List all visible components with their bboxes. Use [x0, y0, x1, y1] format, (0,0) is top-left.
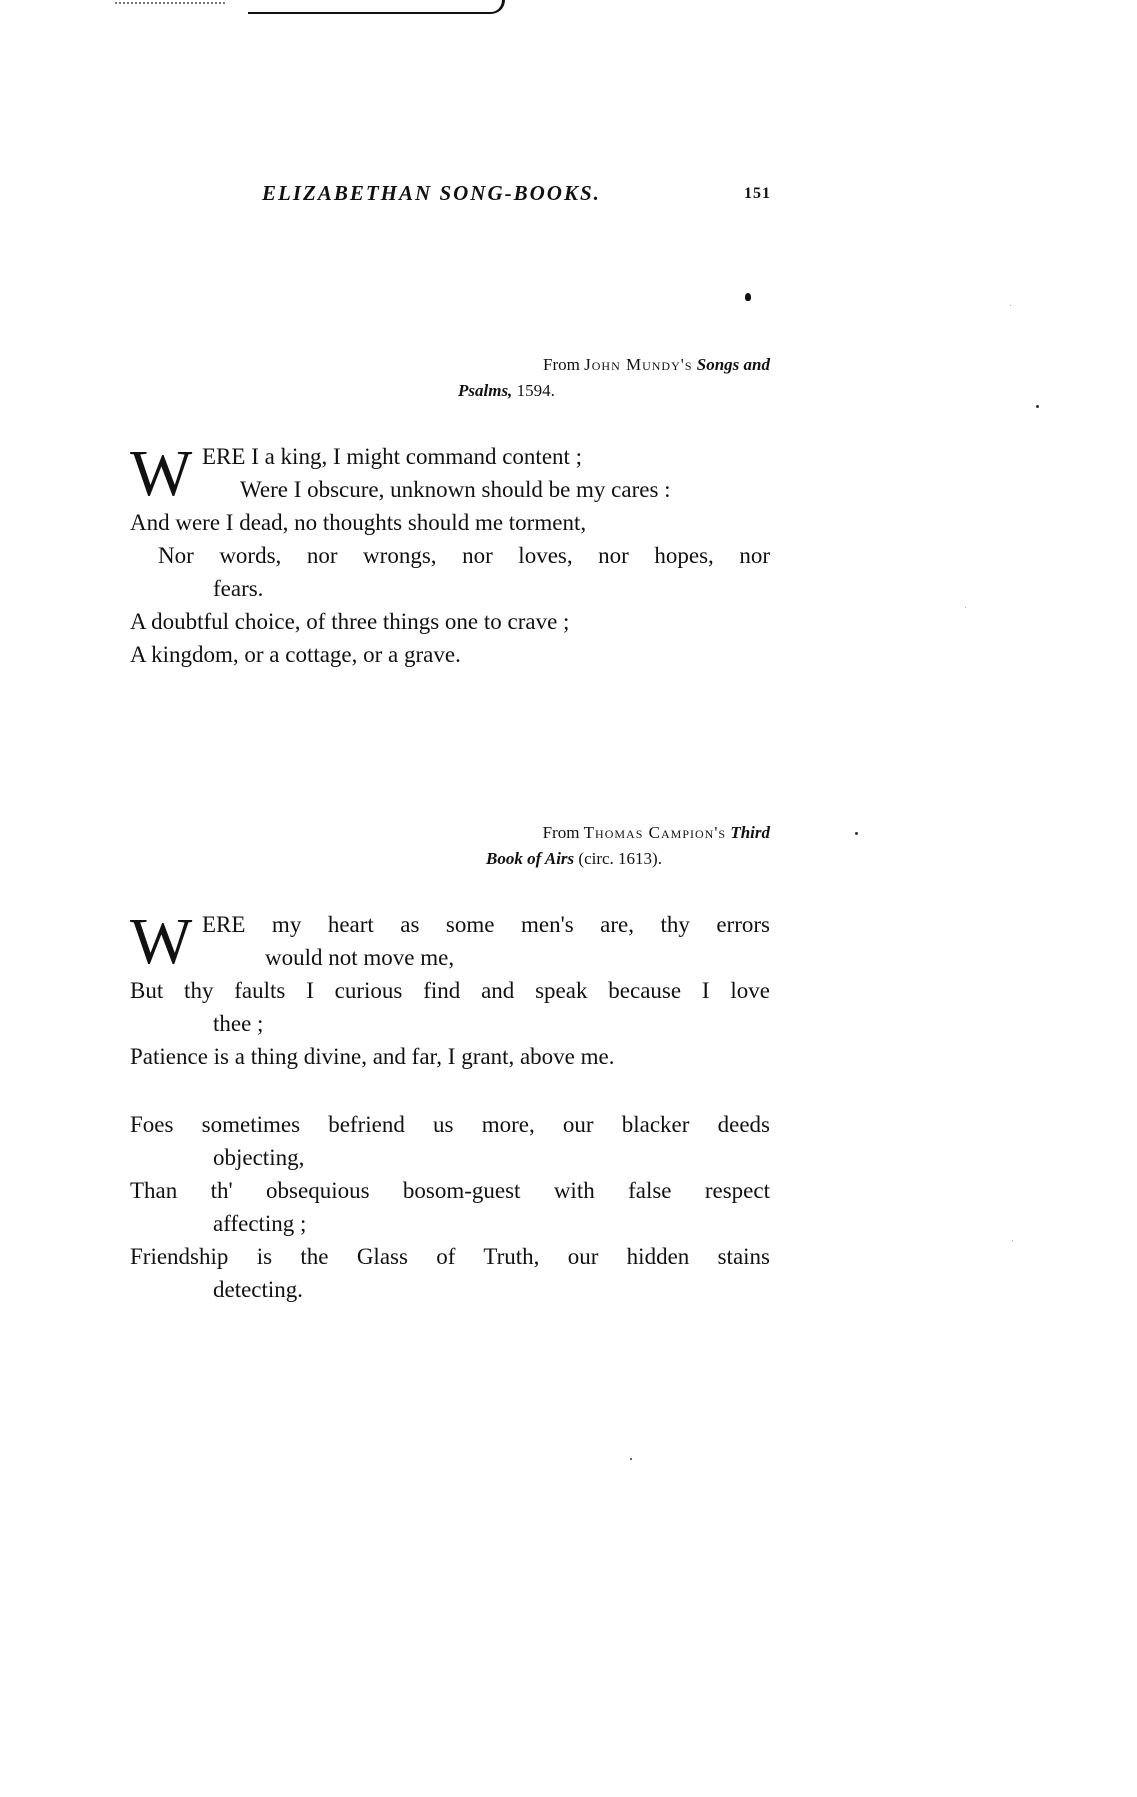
poem-line: Nor words, nor wrongs, nor loves, nor ho… [130, 539, 770, 572]
attribution-author: John Mundy's [584, 355, 692, 374]
attribution-date: 1594. [517, 381, 555, 400]
poem-line: detecting. [130, 1273, 770, 1306]
scan-speck [630, 1458, 632, 1460]
poem-mundy: W ERE I a king, I might command content … [130, 440, 770, 671]
running-head: ELIZABETHAN SONG-BOOKS. [262, 181, 601, 206]
attribution-title-cont: Book of Airs [486, 849, 574, 868]
poem-line: A kingdom, or a cottage, or a grave. [130, 638, 770, 671]
poem-line: Patience is a thing divine, and far, I g… [130, 1040, 770, 1073]
poem-line: ERE my heart as some men's are, thy erro… [130, 908, 770, 941]
attribution-date: (circ. 1613). [578, 849, 662, 868]
poem-line: A doubtful choice, of three things one t… [130, 605, 770, 638]
poem-line: fears. [130, 572, 770, 605]
attribution-campion: From Thomas Campion's Third Book of Airs… [420, 820, 770, 872]
attribution-title: Songs and [697, 355, 770, 374]
poem-line: ERE I a king, I might command content ; [130, 440, 770, 473]
poem-line: would not move me, [130, 941, 770, 974]
poem-line: affecting ; [130, 1207, 770, 1240]
poem-line: Foes sometimes befriend us more, our bla… [130, 1108, 770, 1141]
poem-line: Than th' obsequious bosom-guest with fal… [130, 1174, 770, 1207]
attribution-prefix: From [543, 355, 580, 374]
scan-speck [1012, 1240, 1013, 1241]
attribution-prefix: From [543, 823, 580, 842]
poem-line: Were I obscure, unknown should be my car… [130, 473, 770, 506]
scan-artifact-rule [248, 0, 505, 14]
scan-speck [855, 832, 858, 835]
poem-line: Friendship is the Glass of Truth, our hi… [130, 1240, 770, 1273]
poem-line: But thy faults I curious find and speak … [130, 974, 770, 1007]
attribution-title-cont: Psalms, [458, 381, 512, 400]
poem-campion-stanza-1: W ERE my heart as some men's are, thy er… [130, 908, 770, 1073]
poem-campion-stanza-2: Foes sometimes befriend us more, our bla… [130, 1108, 770, 1306]
attribution-mundy: From John Mundy's Songs and Psalms, 1594… [420, 352, 770, 404]
scan-artifact-dots [115, 2, 225, 8]
printer-mark-icon [745, 293, 751, 301]
scan-speck [1010, 305, 1011, 306]
poem-line: thee ; [130, 1007, 770, 1040]
poem-line: objecting, [130, 1141, 770, 1174]
attribution-title: Third [730, 823, 770, 842]
scan-speck [965, 607, 966, 608]
scan-speck [1036, 405, 1039, 408]
page-number: 151 [744, 185, 771, 203]
poem-line: And were I dead, no thoughts should me t… [130, 506, 770, 539]
attribution-author: Thomas Campion's [584, 823, 726, 842]
